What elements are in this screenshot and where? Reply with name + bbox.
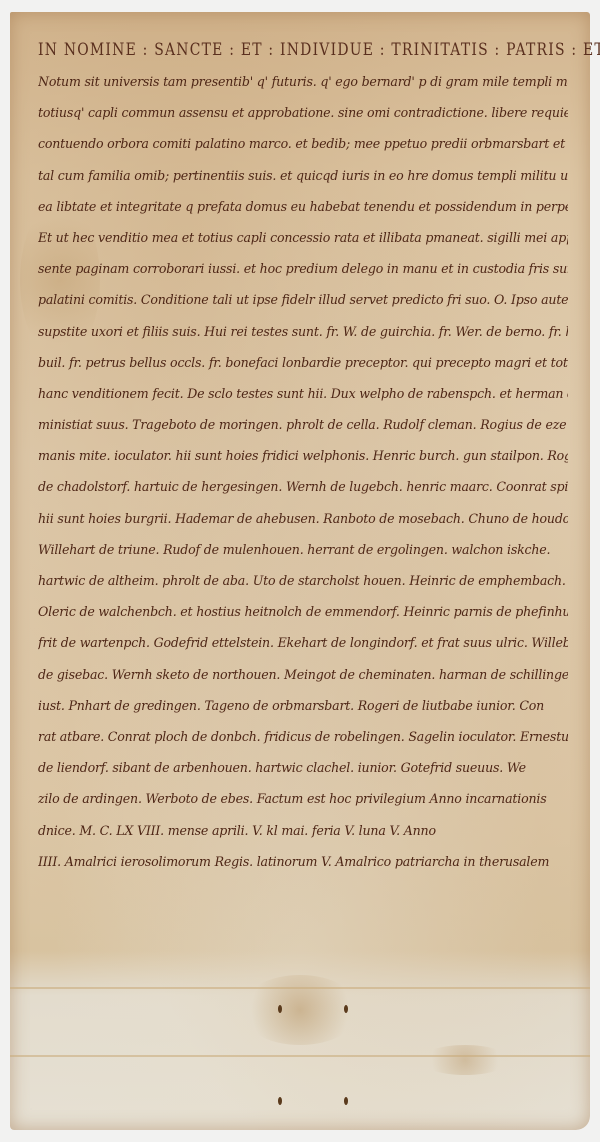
text-line: ministiat suus. Trageboto de moringen. p… (38, 409, 568, 440)
fold-line (10, 987, 590, 989)
text-line: hanc venditionem fecit. De sclo testes s… (38, 378, 568, 409)
text-line: zilo de ardingen. Werboto de ebes. Factu… (38, 783, 568, 814)
text-line: de liendorf. sibant de arbenhouen. hartw… (38, 752, 568, 783)
text-line: manis mite. ioculator. hii sunt hoies fr… (38, 440, 568, 471)
text-line: hii sunt hoies burgrii. Hademar de ahebu… (38, 503, 568, 534)
invocation-line: IN NOMINE : SANCTE : ET : INDIVIDUE : TR… (38, 34, 563, 66)
text-line: sente paginam corroborari iussi. et hoc … (38, 253, 568, 284)
text-line: hartwic de altheim. phrolt de aba. Uto d… (38, 565, 568, 596)
text-line: contuendo orbora comiti palatino marco. … (38, 128, 568, 159)
text-line: Et ut hec venditio mea et totius capli c… (38, 222, 568, 253)
text-line: IIII. Amalrici ierosolimorum Regis. lati… (38, 846, 568, 877)
text-line: palatini comitis. Conditione tali ut ips… (38, 284, 568, 315)
text-line: frit de wartenpch. Godefrid ettelstein. … (38, 627, 568, 658)
text-line: Oleric de walchenbch. et hostius heitnol… (38, 596, 568, 627)
text-line: tal cum familia omib; pertinentiis suis.… (38, 160, 568, 191)
text-line: totiusq' capli commun assensu et approba… (38, 97, 568, 128)
text-line: iust. Pnhart de gredingen. Tageno de orb… (38, 690, 568, 721)
text-line: rat atbare. Conrat ploch de donbch. frid… (38, 721, 568, 752)
text-line: buil. fr. petrus bellus occls. fr. bonef… (38, 347, 568, 378)
text-line: Willehart de triune. Rudof de mulenhouen… (38, 534, 568, 565)
water-stain (420, 1045, 510, 1075)
text-line: supstite uxori et filiis suis. Hui rei t… (38, 316, 568, 347)
charter-text: IN NOMINE : SANCTE : ET : INDIVIDUE : TR… (38, 34, 568, 877)
water-stain (240, 975, 360, 1045)
text-line: Notum sit universis tam presentib' q' fu… (38, 66, 568, 97)
text-line: ea libtate et integritate q prefata domu… (38, 191, 568, 222)
seal-hole (344, 1097, 348, 1105)
seal-hole (344, 1005, 348, 1013)
seal-hole (278, 1005, 282, 1013)
fold-line (10, 1055, 590, 1057)
seal-hole (278, 1097, 282, 1105)
text-lines: Notum sit universis tam presentib' q' fu… (38, 66, 568, 877)
text-line: dnice. M. C. LX VIII. mense aprili. V. k… (38, 815, 568, 846)
text-line: de chadolstorf. hartuic de hergesingen. … (38, 471, 568, 502)
text-line: de gisebac. Wernh sketo de northouen. Me… (38, 659, 568, 690)
